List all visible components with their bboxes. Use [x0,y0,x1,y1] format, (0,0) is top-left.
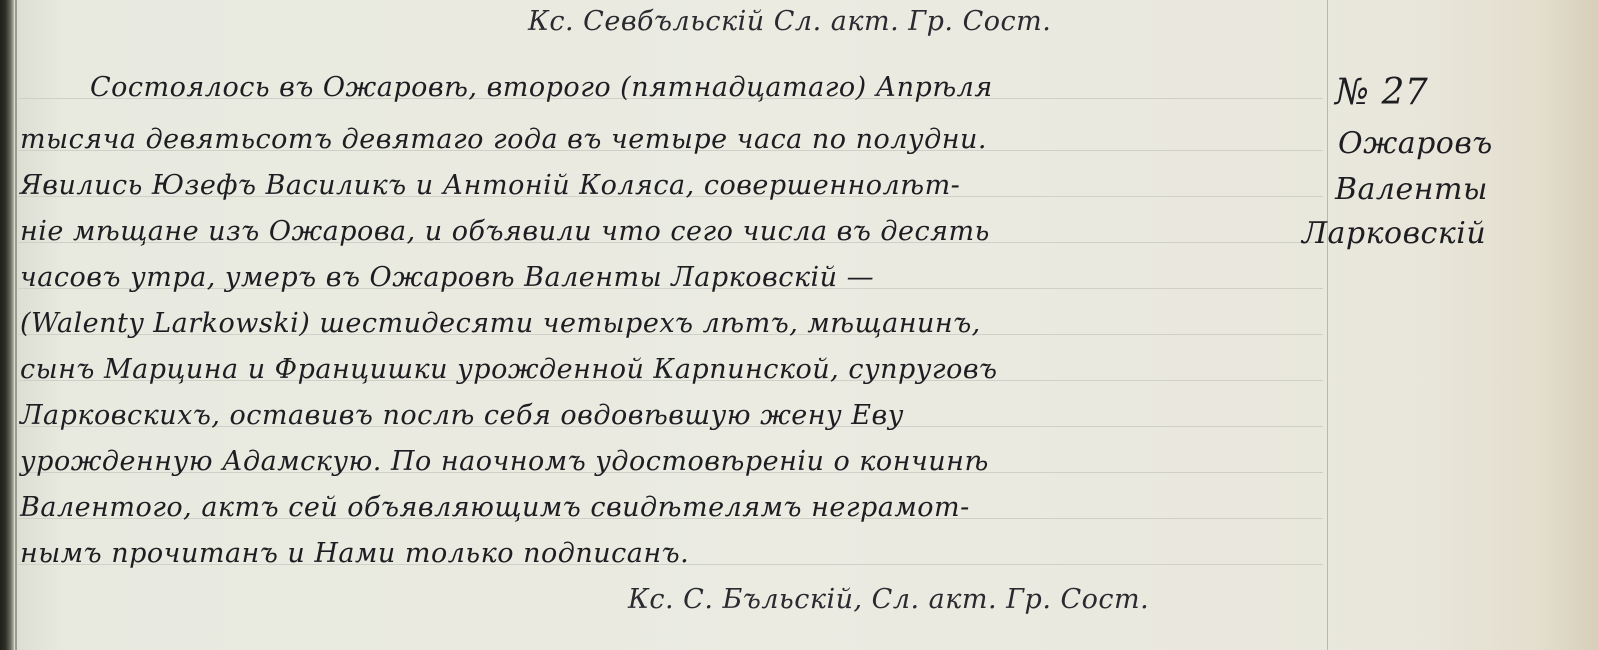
record-line-5: часовъ утра, умеръ въ Ожаровѣ Валенты Ла… [20,262,874,293]
margin-first-name: Валенты [1335,172,1488,207]
binding-edge [15,0,17,650]
record-line-2: тысяча девятьсотъ девятаго года въ четыр… [20,124,987,155]
margin-surname: Ларковскій [1302,216,1486,251]
registrar-signature: Кс. С. Бъльскій, Сл. акт. Гр. Сост. [628,584,1149,615]
record-line-1: Состоялось въ Ожаровѣ, второго (пятнадца… [90,72,993,103]
header-annotation: Кс. Севбъльскій Сл. акт. Гр. Сост. [528,6,1051,37]
record-line-4: ніе мѣщане изъ Ожарова, и объявили что с… [20,216,990,247]
record-line-9: урожденную Адамскую. По наочномъ удостов… [20,446,989,477]
margin-place: Ожаровъ [1338,126,1493,161]
margin-rule [1327,0,1328,650]
record-number: № 27 [1335,72,1428,113]
record-line-3: Явились Юзефъ Василикъ и Антоній Коляса,… [20,170,960,201]
book-binding [0,0,14,650]
ledger-page: Кс. Севбъльскій Сл. акт. Гр. Сост. № 27 … [0,0,1598,650]
record-line-6: (Walenty Larkowski) шестидесяти четырехъ… [20,308,981,339]
record-line-7: сынъ Марцина и Францишки урожденной Карп… [20,354,998,385]
record-line-10: Валентого, актъ сей объявляющимъ свидѣте… [20,492,970,523]
record-line-11: нымъ прочитанъ и Нами только подписанъ. [20,538,689,569]
record-line-8: Ларковскихъ, оставивъ послѣ себя овдовѣв… [20,400,904,431]
